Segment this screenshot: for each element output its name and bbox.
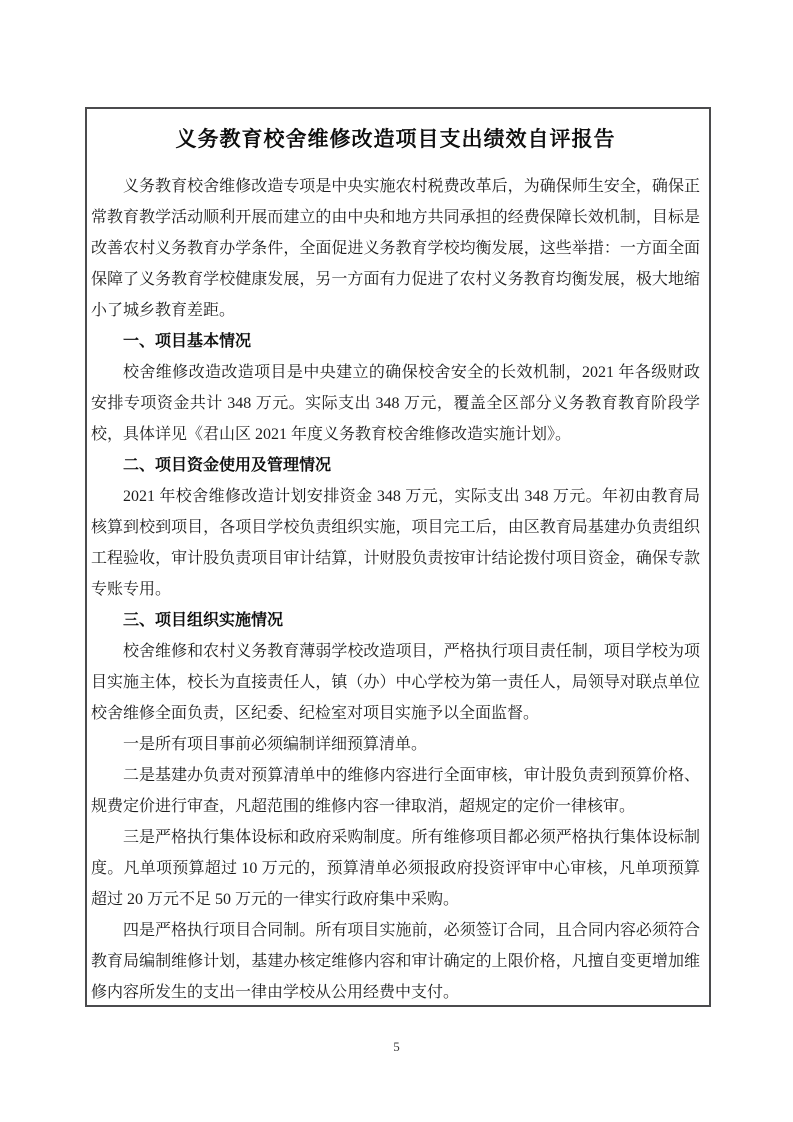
section-heading-3: 三、项目组织实施情况	[91, 605, 700, 636]
section-1-paragraph: 校舍维修改造改造项目是中央建立的确保校舍安全的长效机制，2021 年各级财政安排…	[91, 357, 700, 450]
section-2-paragraph: 2021 年校舍维修改造计划安排资金 348 万元，实际支出 348 万元。年初…	[91, 481, 700, 605]
document-text-frame: 义务教育校舍维修改造项目支出绩效自评报告 义务教育校舍维修改造专项是中央实施农村…	[85, 107, 711, 1007]
page-number: 5	[0, 1038, 793, 1056]
document-title: 义务教育校舍维修改造项目支出绩效自评报告	[91, 119, 700, 161]
section-heading-2: 二、项目资金使用及管理情况	[91, 450, 700, 481]
list-item-1-paragraph: 一是所有项目事前必须编制详细预算清单。	[91, 729, 700, 760]
section-3-paragraph: 校舍维修和农村义务教育薄弱学校改造项目，严格执行项目责任制，项目学校为项目实施主…	[91, 636, 700, 729]
list-item-3-paragraph: 三是严格执行集体设标和政府采购制度。所有维修项目都必须严格执行集体设标制度。凡单…	[91, 822, 700, 915]
section-heading-1: 一、项目基本情况	[91, 326, 700, 357]
intro-paragraph: 义务教育校舍维修改造专项是中央实施农村税费改革后，为确保师生安全，确保正常教育教…	[91, 171, 700, 326]
list-item-4-paragraph: 四是严格执行项目合同制。所有项目实施前，必须签订合同，且合同内容必须符合教育局编…	[91, 915, 700, 1008]
list-item-2-paragraph: 二是基建办负责对预算清单中的维修内容进行全面审核，审计股负责到预算价格、规费定价…	[91, 760, 700, 822]
document-page: 义务教育校舍维修改造项目支出绩效自评报告 义务教育校舍维修改造专项是中央实施农村…	[0, 0, 793, 1122]
